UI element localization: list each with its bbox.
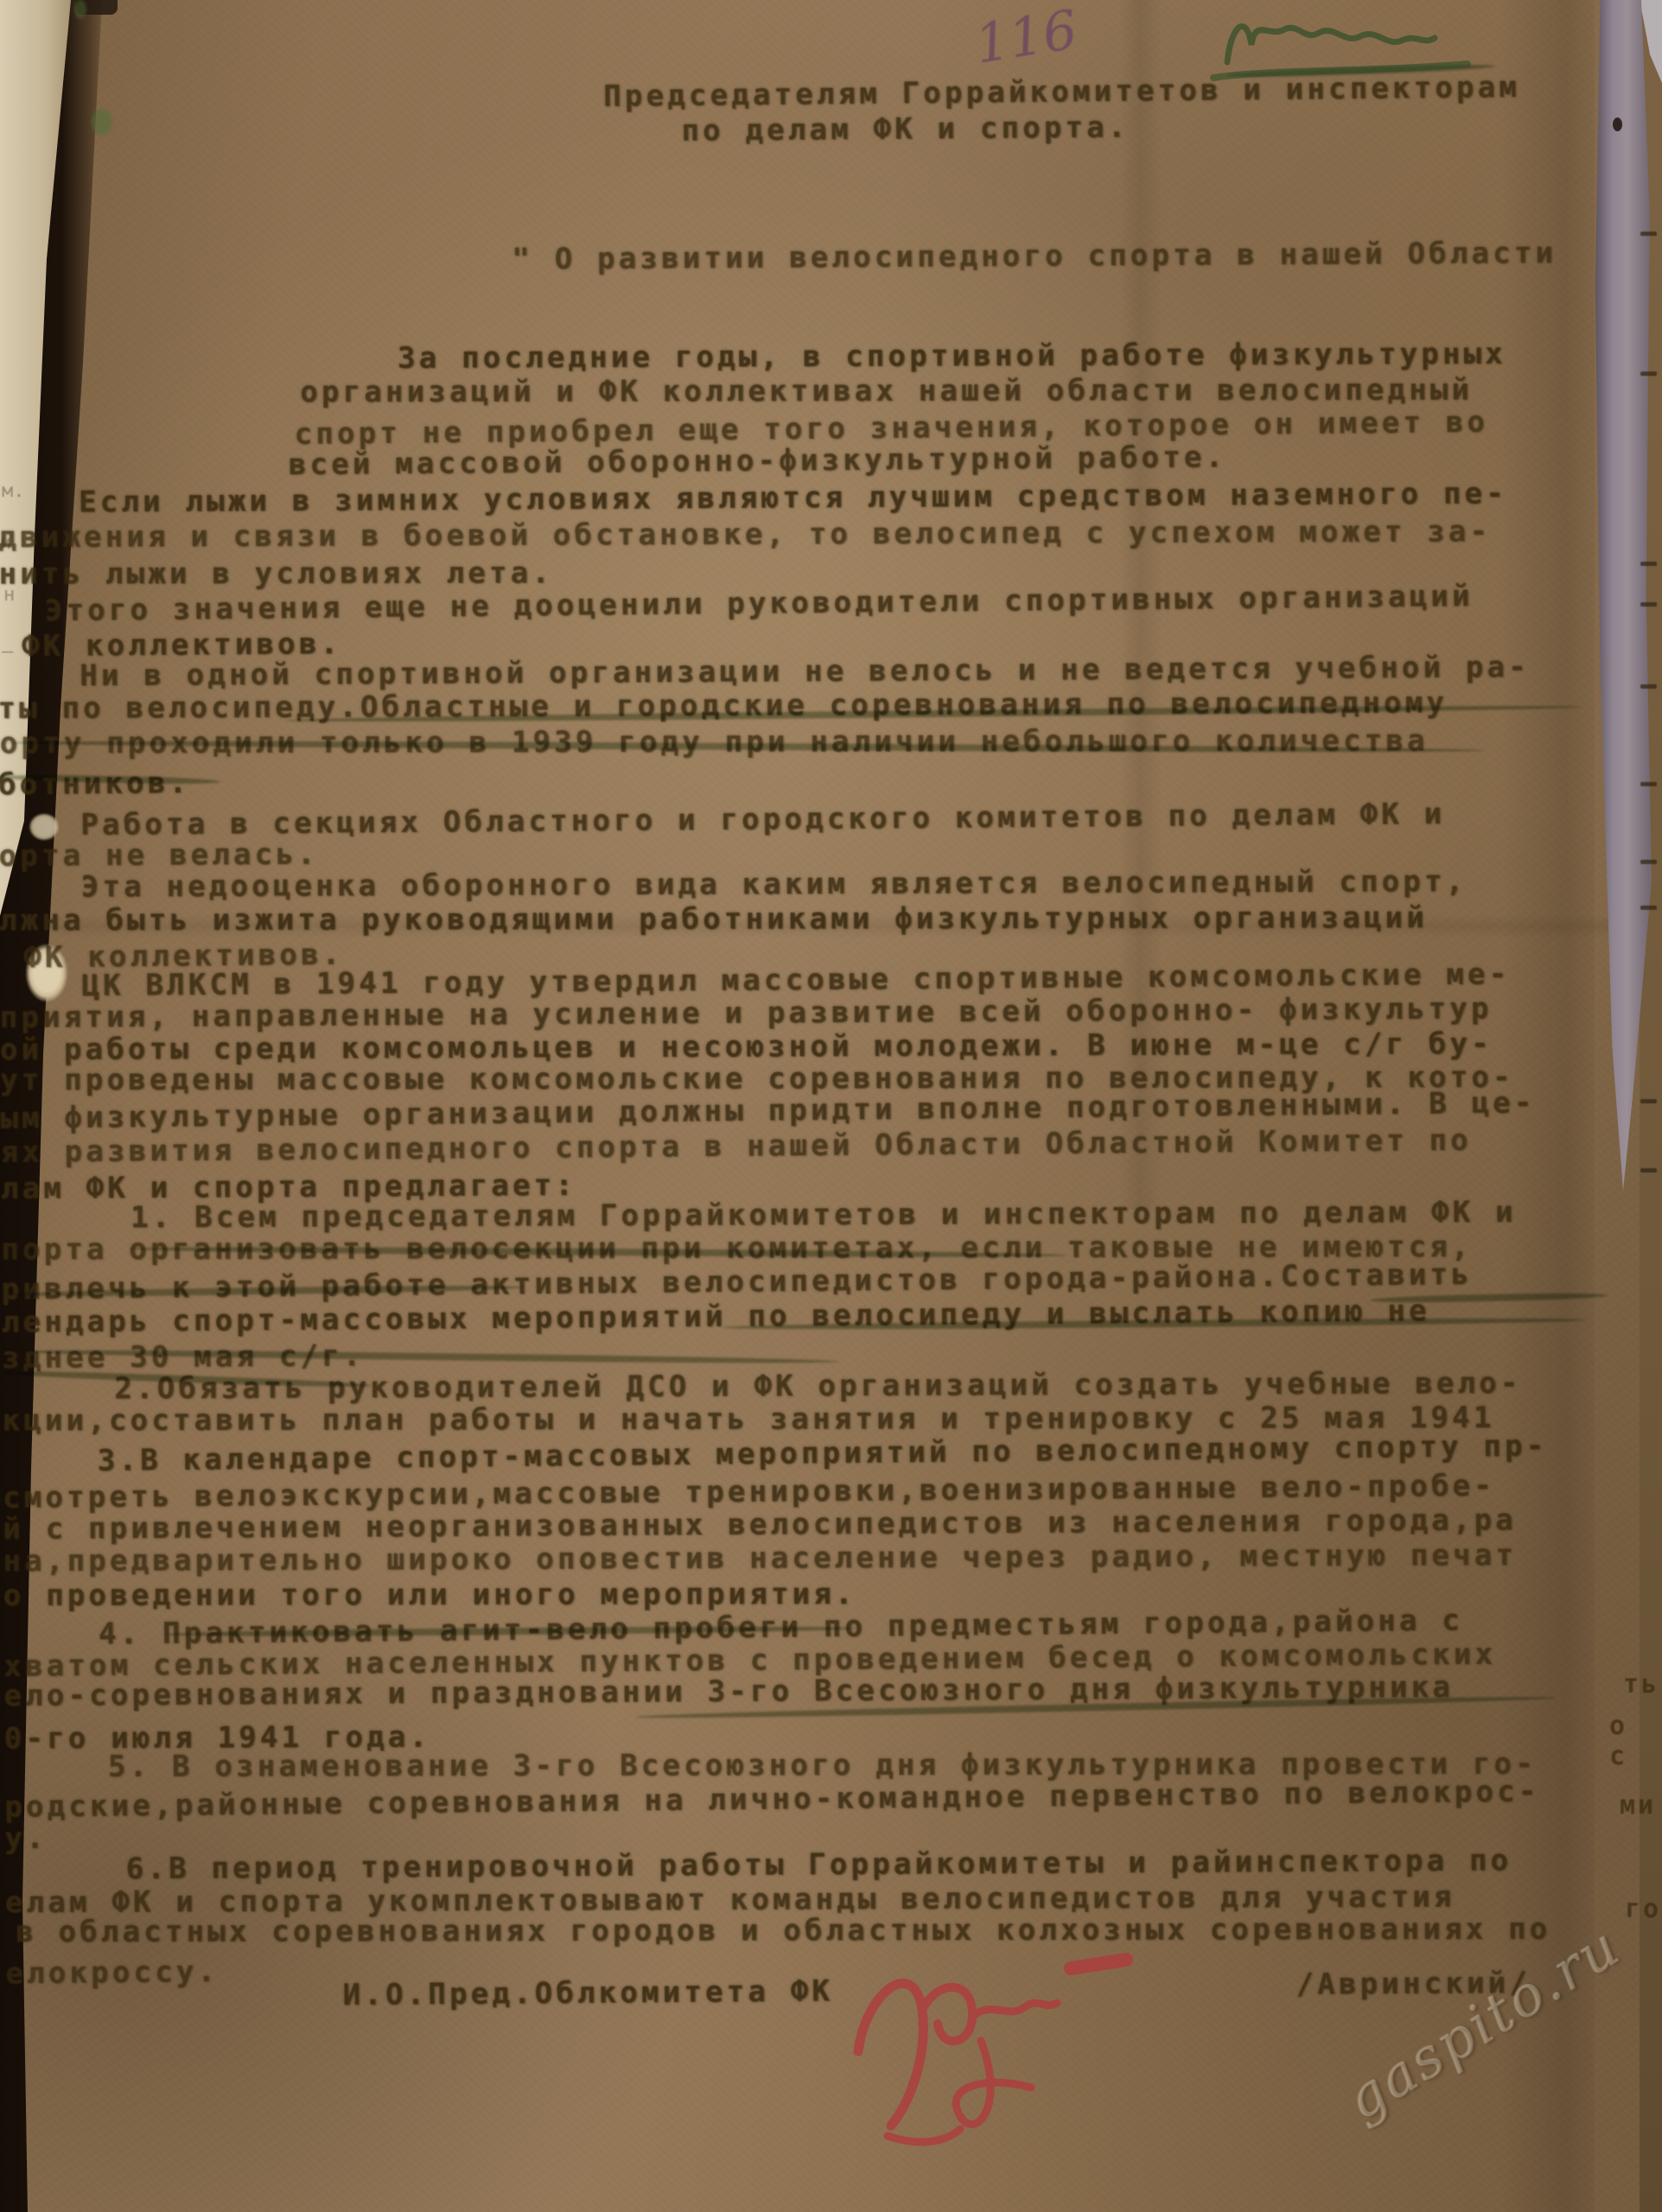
body-line: нить лыжи в условиях лета.: [0, 556, 553, 591]
body-line: Если лыжи в зимних условиях являются луч…: [79, 476, 1507, 519]
closing-title: И.О.Пред.Облкомитета ФК: [342, 1974, 833, 2012]
body-line: елокроссу.: [5, 1955, 219, 1992]
body-line: у.: [4, 1821, 48, 1856]
typed-text-layer: Председателям Горрайкомитетов и инспекто…: [0, 0, 1662, 2212]
body-line: За последние годы, в спортивной работе ф…: [398, 337, 1506, 376]
body-line: организаций и ФК коллективах нашей облас…: [300, 372, 1473, 410]
subject-line: " О развитии велосипедного спорта в наше…: [512, 236, 1557, 276]
body-line: 1. Всем председателям Горрайкомитетов и …: [131, 1195, 1517, 1235]
body-line: ботников.: [0, 766, 190, 802]
body-line: Эта недооценка оборонного вида каким явл…: [81, 864, 1468, 904]
body-line: на,предварительно широко оповестив насел…: [3, 1538, 1517, 1579]
body-line: всей массовой оборонно-физкультурной раб…: [289, 440, 1227, 482]
header-line: по делам ФК и спорта.: [681, 110, 1129, 148]
body-line: ты по велосипеду.Областные и городские с…: [0, 685, 1448, 726]
header-line: Председателям Горрайкомитетов и инспекто…: [603, 70, 1520, 114]
scanned-archive-document: м.ин— тьо смиго Председателям Горрайкоми…: [0, 0, 1662, 2212]
body-line: о проведении того или иного мероприятия.: [3, 1577, 856, 1613]
body-line: орта не велась.: [0, 837, 319, 874]
body-line: Работа в секциях Областного и городского…: [80, 797, 1445, 842]
body-line: в областных соревнованиях городов и обла…: [16, 1912, 1551, 1949]
body-line: движения и связи в боевой обстановке, то…: [0, 514, 1491, 555]
body-line: лжна быть изжита руководящими работникам…: [0, 900, 1428, 938]
